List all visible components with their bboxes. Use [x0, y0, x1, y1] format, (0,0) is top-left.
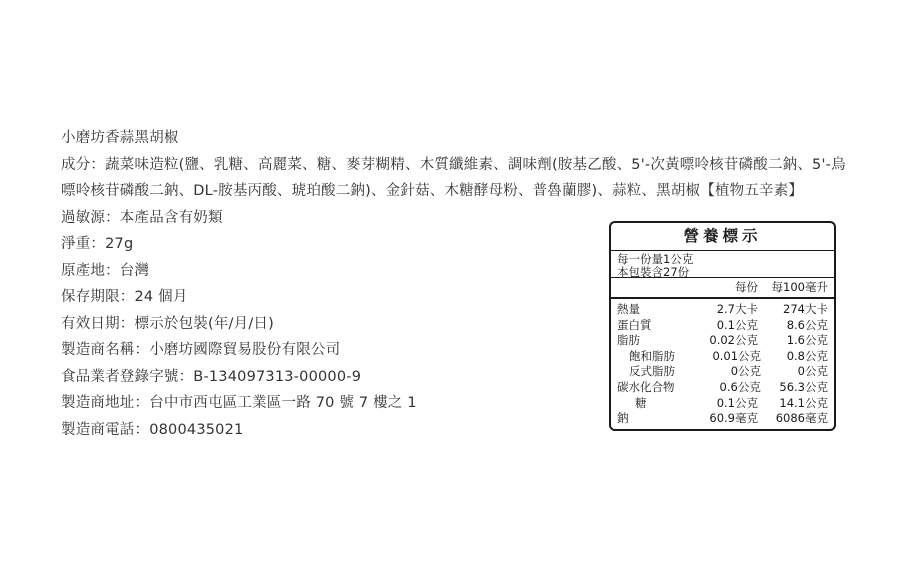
nutrient-name: 熱量 — [617, 302, 668, 318]
per-100-value: 0.8公克 — [761, 349, 828, 365]
nutrient-name: 脂肪 — [617, 333, 668, 349]
per-serving-value: 0公克 — [675, 364, 761, 380]
per-100-value: 1.6公克 — [758, 333, 828, 349]
ingredients-line-1: 成分：蔬菜味造粒(鹽、乳糖、高麗菜、糖、麥芽糊精、木質纖維素、調味劑(胺基乙酸、… — [61, 152, 861, 179]
nutrition-row-carbohydrate: 碳水化合物 0.6公克 56.3公克 — [611, 380, 834, 396]
nutrition-row-sugar: 糖 0.1公克 14.1公克 — [611, 396, 834, 412]
serving-info: 每一份量1公克 本包裝含27份 — [611, 251, 834, 278]
per-serving-value: 0.01公克 — [675, 349, 761, 365]
per-serving-value: 0.1公克 — [668, 318, 758, 334]
per-100-value: 56.3公克 — [761, 380, 828, 396]
column-per-serving: 每份 — [698, 278, 758, 297]
nutrition-row-fat: 脂肪 0.02公克 1.6公克 — [611, 333, 834, 349]
per-100-value: 6086毫克 — [758, 411, 828, 427]
nutrient-name: 鈉 — [617, 411, 668, 427]
per-100-value: 8.6公克 — [758, 318, 828, 334]
serving-size: 每一份量1公克 — [617, 253, 828, 266]
nutrition-facts-table: 營養標示 每一份量1公克 本包裝含27份 每份 每100毫升 熱量 2.7大卡 … — [609, 221, 836, 431]
product-name: 小磨坊香蒜黑胡椒 — [61, 125, 861, 152]
nutrient-name: 蛋白質 — [617, 318, 668, 334]
nutrient-name: 碳水化合物 — [617, 380, 675, 396]
nutrient-name: 糖 — [617, 396, 668, 412]
column-per-100ml: 每100毫升 — [758, 278, 828, 297]
ingredients-line-2: 嘌呤核苷磷酸二鈉、DL-胺基丙酸、琥珀酸二鈉)、金針菇、木糖酵母粉、普魯蘭膠)、… — [61, 178, 861, 205]
nutrition-row-sodium: 鈉 60.9毫克 6086毫克 — [611, 411, 834, 427]
per-serving-value: 2.7大卡 — [668, 302, 758, 318]
per-100-value: 14.1公克 — [758, 396, 828, 412]
nutrient-name: 飽和脂肪 — [617, 349, 675, 365]
nutrition-title: 營養標示 — [611, 223, 834, 251]
nutrition-row-protein: 蛋白質 0.1公克 8.6公克 — [611, 318, 834, 334]
servings-per-package: 本包裝含27份 — [617, 266, 828, 279]
per-serving-value: 60.9毫克 — [668, 411, 758, 427]
nutrition-column-header: 每份 每100毫升 — [611, 278, 834, 299]
nutrition-row-trans-fat: 反式脂肪 0公克 0公克 — [611, 364, 834, 380]
per-serving-value: 0.1公克 — [668, 396, 758, 412]
per-100-value: 274大卡 — [758, 302, 828, 318]
nutrition-row-calories: 熱量 2.7大卡 274大卡 — [611, 302, 834, 318]
per-serving-value: 0.6公克 — [675, 380, 761, 396]
nutrition-rows: 熱量 2.7大卡 274大卡 蛋白質 0.1公克 8.6公克 脂肪 0.02公克… — [611, 299, 834, 427]
per-serving-value: 0.02公克 — [668, 333, 758, 349]
per-100-value: 0公克 — [761, 364, 828, 380]
nutrient-name: 反式脂肪 — [617, 364, 675, 380]
nutrition-row-saturated-fat: 飽和脂肪 0.01公克 0.8公克 — [611, 349, 834, 365]
